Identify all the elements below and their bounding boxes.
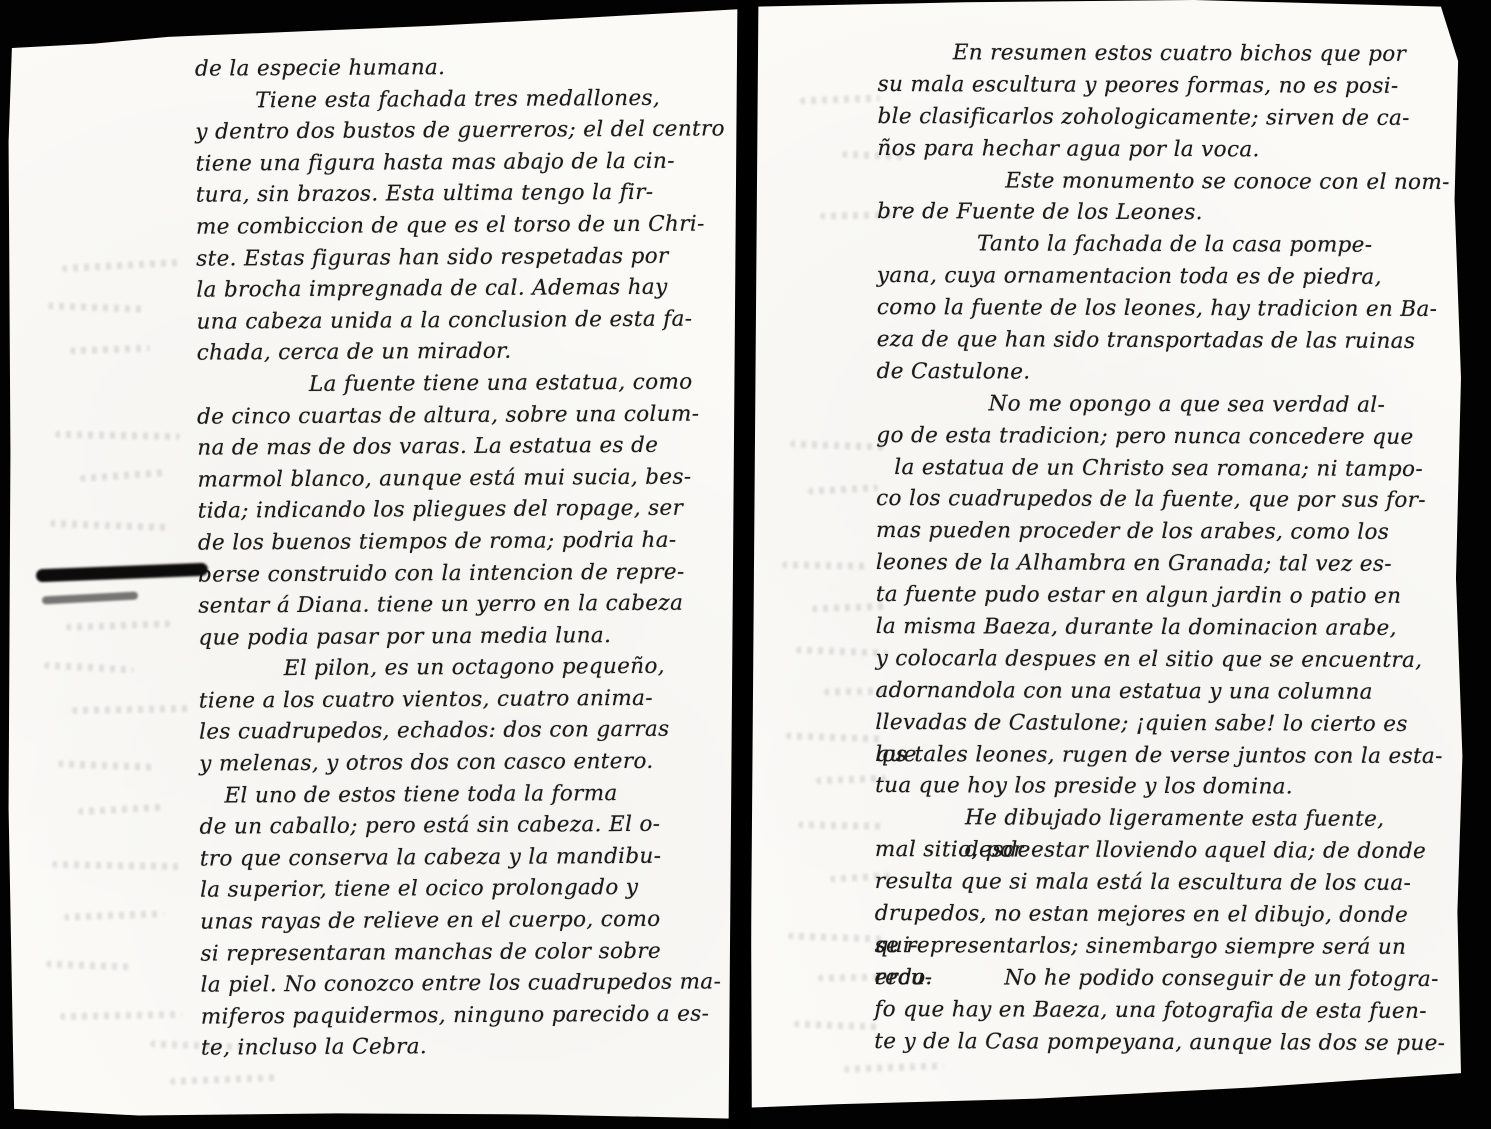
handwritten-line: El uno de estos tiene toda la forma bbox=[199, 777, 729, 812]
handwritten-line: yana, cuya ornamentacion toda es de pied… bbox=[877, 260, 1452, 294]
page-left-text: de la especie humana.Tiene esta fachada … bbox=[195, 50, 731, 1064]
handwritten-line: fo que hay en Baeza, una fotografia de e… bbox=[874, 994, 1449, 1028]
handwritten-line: tro que conserva la cabeza y la mandibu- bbox=[200, 840, 730, 875]
manuscript-page-left: de la especie humana.Tiene esta fachada … bbox=[6, 8, 743, 1120]
scanned-manuscript: de la especie humana.Tiene esta fachada … bbox=[0, 0, 1491, 1129]
handwritten-line: erdo. No he podido conseguir de un fotog… bbox=[874, 962, 1449, 996]
handwritten-line: Este monumento se conoce con el nom- bbox=[877, 165, 1452, 199]
handwritten-line: la brocha impregnada de cal. Ademas hay bbox=[196, 272, 726, 307]
handwritten-line: La fuente tiene una estatua, como bbox=[197, 366, 727, 401]
handwritten-line: Tiene esta fachada tres medallones, bbox=[195, 82, 725, 117]
handwritten-line: marmol blanco, aunque está mui sucia, be… bbox=[197, 461, 727, 496]
handwritten-line: na de mas de dos varas. La estatua es de bbox=[197, 430, 727, 465]
handwritten-line: y melenas, y otros dos con casco entero. bbox=[199, 745, 729, 780]
handwritten-line: No me opongo a que sea verdad al- bbox=[876, 388, 1451, 422]
handwritten-line: leones de la Alhambra en Granada; tal ve… bbox=[876, 547, 1451, 581]
handwritten-line: mas pueden proceder de los arabes, como … bbox=[876, 515, 1451, 549]
handwritten-line: ños para hechar agua por la voca. bbox=[877, 133, 1452, 167]
handwritten-line: sentar á Diana. tiene un yerro en la cab… bbox=[198, 587, 728, 622]
handwritten-line: tida; indicando los pliegues del ropage,… bbox=[198, 493, 728, 528]
handwritten-line: que podia pasar por una media luna. bbox=[198, 619, 728, 654]
bleed-through-mark bbox=[798, 821, 884, 829]
manuscript-page-right: En resumen estos cuatro bichos que porsu… bbox=[750, 0, 1466, 1112]
handwritten-line: mal sitio, por estar lloviendo aquel dia… bbox=[875, 834, 1450, 868]
handwritten-line: y colocarla despues en el sitio que se e… bbox=[876, 643, 1451, 677]
handwritten-line: resulta que si mala está la escultura de… bbox=[875, 866, 1450, 900]
handwritten-line: El pilon, es un octagono pequeño, bbox=[199, 651, 729, 686]
ink-smear bbox=[42, 591, 138, 604]
handwritten-line: eza de que han sido transportadas de las… bbox=[877, 324, 1452, 358]
handwritten-line: Tanto la fachada de la casa pompe- bbox=[877, 228, 1452, 262]
handwritten-line: llevadas de Castulone; ¡quien sabe! lo c… bbox=[875, 707, 1450, 741]
handwritten-line: berse construido con la intencion de rep… bbox=[198, 556, 728, 591]
bleed-through-mark bbox=[818, 973, 890, 981]
handwritten-line: les cuadrupedos, echados: dos con garras bbox=[199, 714, 729, 749]
handwritten-line: ta fuente pudo estar en algun jardin o p… bbox=[876, 579, 1451, 613]
handwritten-line: de la especie humana. bbox=[195, 50, 725, 85]
handwritten-line: te y de la Casa pompeyana, aunque las do… bbox=[874, 1026, 1449, 1060]
handwritten-line: ble clasificarlos zohologicamente; sirve… bbox=[877, 101, 1452, 135]
handwritten-line: unas rayas de relieve en el cuerpo, como bbox=[200, 903, 730, 938]
handwritten-line: la estatua de un Christo sea romana; ni … bbox=[876, 452, 1451, 486]
handwritten-line: adornandola con una estatua y una column… bbox=[875, 675, 1450, 709]
handwritten-line: y dentro dos bustos de guerreros; el del… bbox=[195, 114, 725, 149]
handwritten-line: de Castulone. bbox=[877, 356, 1452, 390]
handwritten-line: tua que hoy los preside y los domina. bbox=[875, 770, 1450, 804]
handwritten-line: chada, cerca de un mirador. bbox=[197, 335, 727, 370]
handwritten-line: tiene a los cuatro vientos, cuatro anima… bbox=[199, 682, 729, 717]
handwritten-line: si representaran manchas de color sobre bbox=[200, 935, 730, 970]
ink-smear bbox=[36, 563, 208, 583]
handwritten-line: de cinco cuartas de altura, sobre una co… bbox=[197, 398, 727, 433]
handwritten-line: te, incluso la Cebra. bbox=[201, 1030, 731, 1065]
bleed-through-mark bbox=[820, 211, 892, 219]
handwritten-line: En resumen estos cuatro bichos que por bbox=[878, 37, 1453, 71]
handwritten-line: se representarlos; sinembargo siempre se… bbox=[875, 930, 1450, 964]
handwritten-line: co los cuadrupedos de la fuente, que por… bbox=[876, 483, 1451, 517]
handwritten-line: tiene una figura hasta mas abajo de la c… bbox=[195, 145, 725, 180]
handwritten-line: la superior, tiene el ocico prolongado y bbox=[200, 872, 730, 907]
handwritten-line: go de esta tradicion; pero nunca concede… bbox=[876, 420, 1451, 454]
handwritten-line: como la fuente de los leones, hay tradic… bbox=[877, 292, 1452, 326]
handwritten-line: de los buenos tiempos de roma; podria ha… bbox=[198, 524, 728, 559]
handwritten-line: la misma Baeza, durante la dominacion ar… bbox=[876, 611, 1451, 645]
handwritten-line: de un caballo; pero está sin cabeza. El … bbox=[200, 809, 730, 844]
handwritten-line: su mala escultura y peores formas, no es… bbox=[878, 69, 1453, 103]
handwritten-line: bre de Fuente de los Leones. bbox=[877, 196, 1452, 230]
handwritten-line: miferos paquidermos, ninguno parecido a … bbox=[201, 998, 731, 1033]
handwritten-line: tura, sin brazos. Esta ultima tengo la f… bbox=[196, 177, 726, 212]
bleed-through-mark bbox=[824, 687, 888, 695]
handwritten-line: drupedos, no estan mejores en el dibujo,… bbox=[875, 898, 1450, 932]
handwritten-line: ste. Estas figuras han sido respetadas p… bbox=[196, 240, 726, 275]
handwritten-line: me combiccion de que es el torso de un C… bbox=[196, 208, 726, 243]
handwritten-line: He dibujado ligeramente esta fuente, des… bbox=[875, 802, 1450, 836]
handwritten-line: la piel. No conozco entre los cuadrupedo… bbox=[201, 967, 731, 1002]
page-right-text: En resumen estos cuatro bichos que porsu… bbox=[874, 37, 1453, 1060]
handwritten-line: los tales leones, rugen de verse juntos … bbox=[875, 739, 1450, 773]
handwritten-line: una cabeza unida a la conclusion de esta… bbox=[196, 303, 726, 338]
